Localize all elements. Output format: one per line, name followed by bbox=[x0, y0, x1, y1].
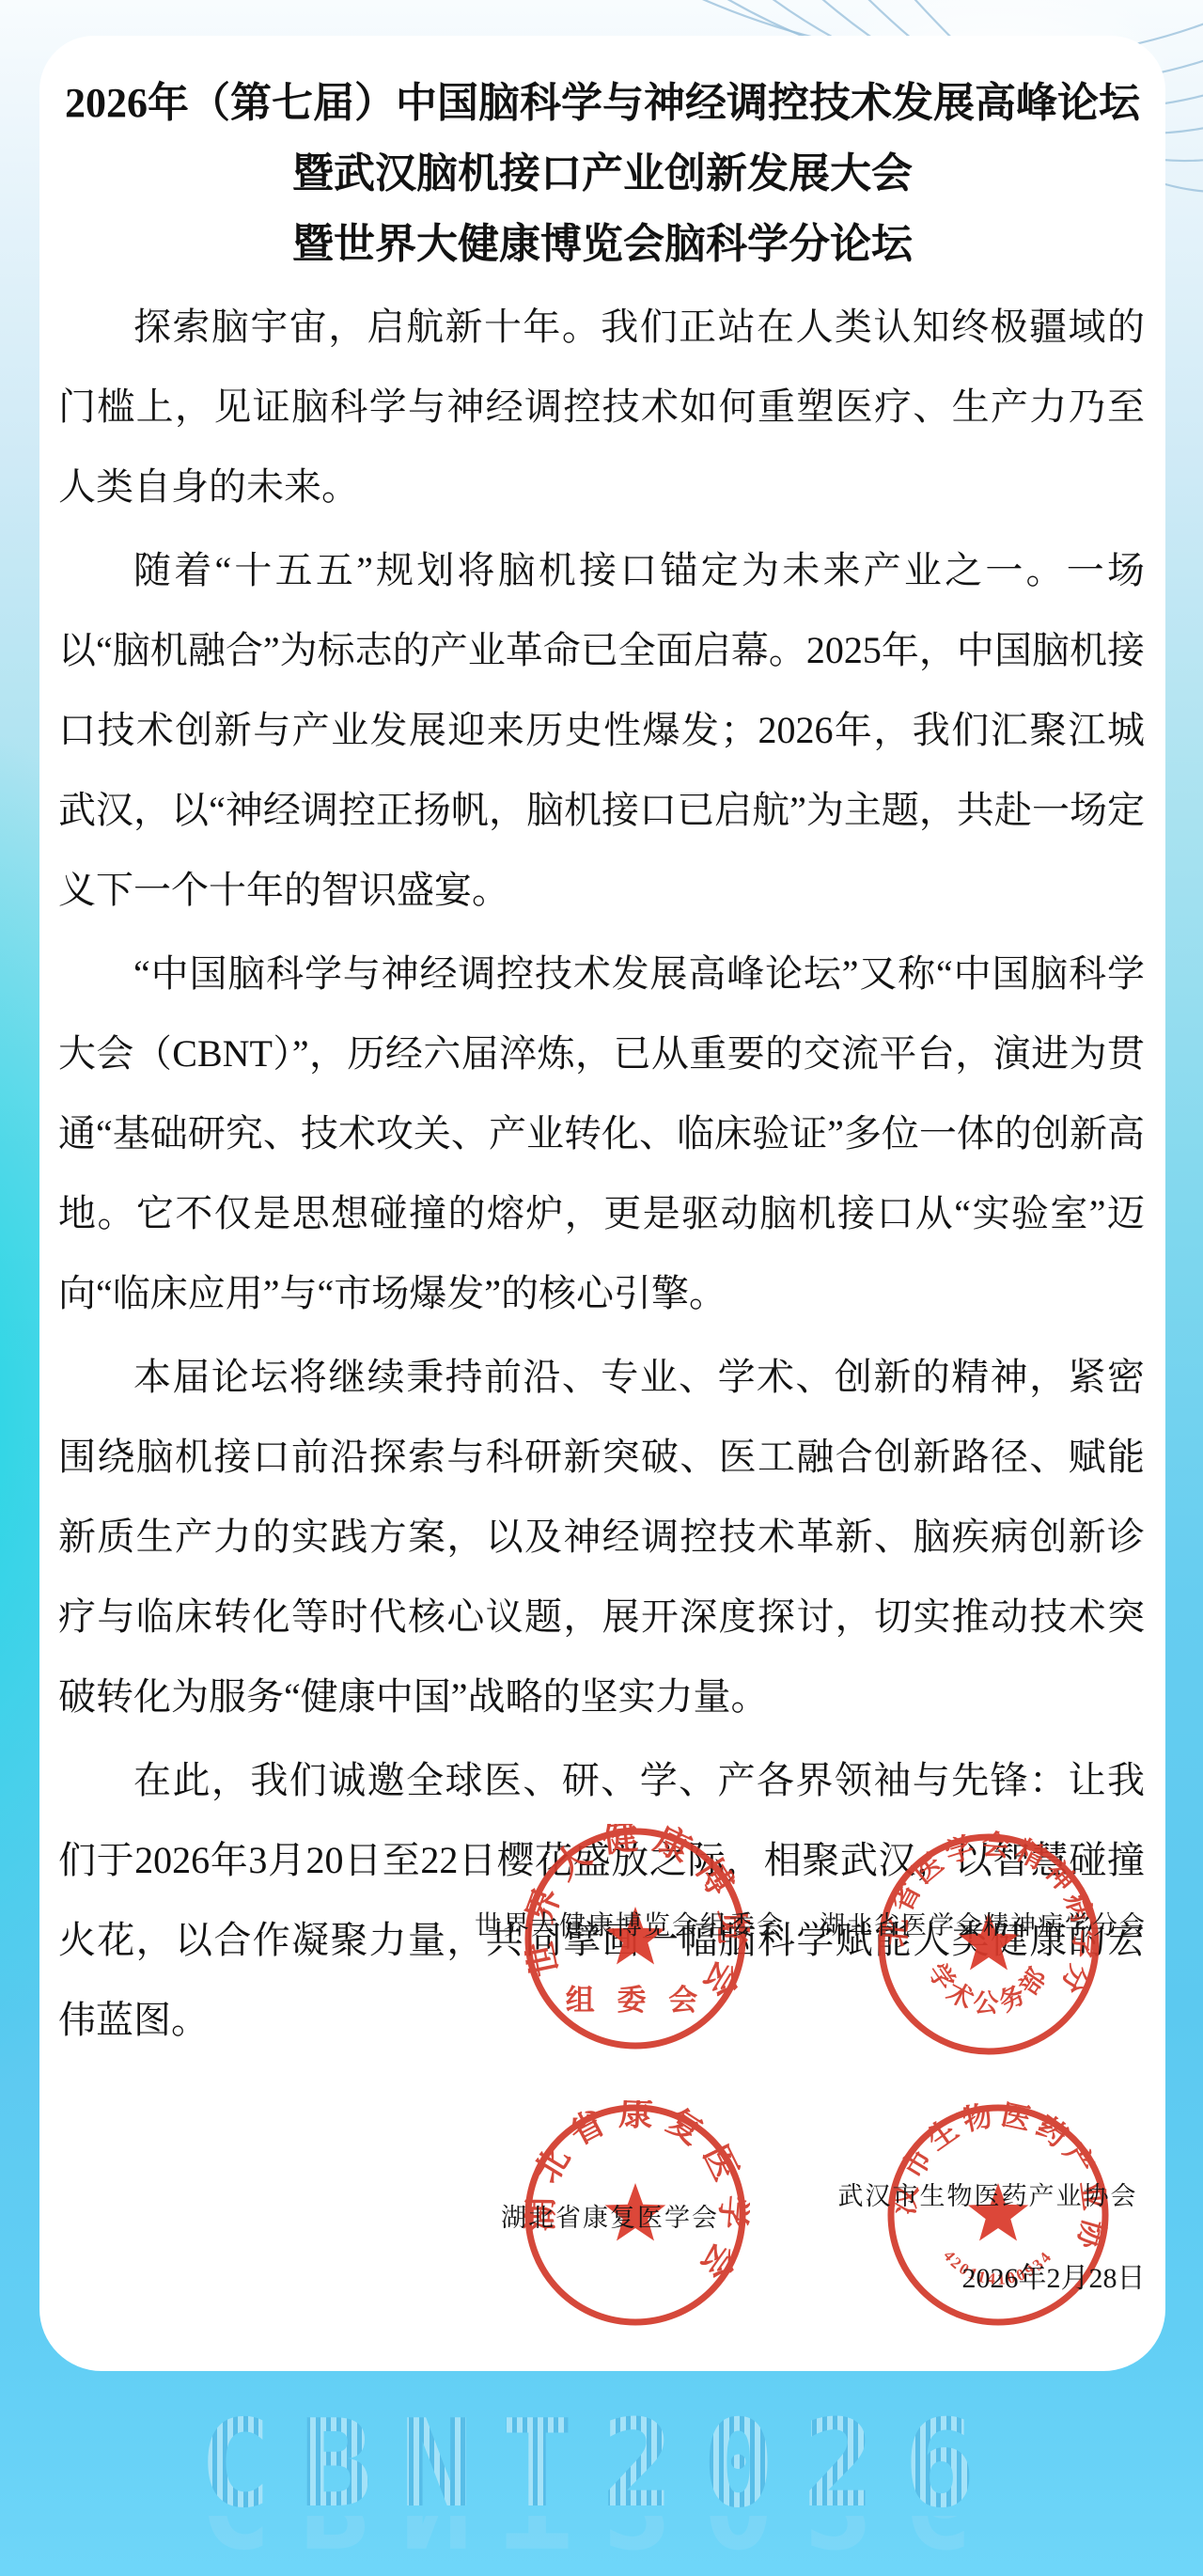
paragraph-1: 探索脑宇宙，启航新十年。我们正站在人类认知终极疆域的门槛上，见证脑科学与神经调控… bbox=[58, 287, 1145, 526]
document-body: 探索脑宇宙，启航新十年。我们正站在人类认知终极疆域的门槛上，见证脑科学与神经调控… bbox=[58, 287, 1145, 2060]
cbnt2026-watermark: CBNT2026 bbox=[0, 2409, 1203, 2521]
seal-label-biomedicine-association: 武汉市生物医药产业协会 bbox=[781, 2175, 1195, 2212]
title-line-2: 暨武汉脑机接口产业创新发展大会 bbox=[53, 138, 1152, 209]
svg-text:学术公务部: 学术公务部 bbox=[923, 1958, 1055, 2018]
cbnt2026-watermark-reflection: CBNT2026 bbox=[0, 2516, 1203, 2557]
seal-inner-text: 组 委 会 bbox=[566, 1984, 706, 2017]
title-line-1: 2026年（第七届）中国脑科学与神经调控技术发展高峰论坛 bbox=[53, 68, 1152, 138]
paragraph-3: “中国脑科学与神经调控技术发展高峰论坛”又称“中国脑科学大会（CBNT）”，历经… bbox=[58, 934, 1145, 1333]
document-title: 2026年（第七届）中国脑科学与神经调控技术发展高峰论坛 暨武汉脑机接口产业创新… bbox=[53, 68, 1152, 279]
document-card: 2026年（第七届）中国脑科学与神经调控技术发展高峰论坛 暨武汉脑机接口产业创新… bbox=[39, 36, 1165, 2371]
seal-label-rehabilitation-society: 湖北省康复医学会 bbox=[403, 2197, 817, 2234]
title-line-3: 暨世界大健康博览会脑科学分论坛 bbox=[53, 209, 1152, 279]
paragraph-2: 随着“十五五”规划将脑机接口锚定为未来产业之一。一场以“脑机融合”为标志的产业革… bbox=[58, 530, 1145, 930]
seal-inner-text: 学术公务部 bbox=[923, 1958, 1055, 2018]
seal-label-psychiatry-society: 湖北省医学会精神病学分会 bbox=[776, 1905, 1190, 1941]
document-date: 2026年2月28日 bbox=[903, 2254, 1203, 2296]
seal-label-expo-committee: 世界大健康博览会组委会 bbox=[423, 1905, 836, 1942]
paragraph-4: 本届论坛将继续秉持前沿、专业、学术、创新的精神，紧密围绕脑机接口前沿探索与科研新… bbox=[58, 1337, 1145, 1736]
seal-psychiatry-society: 湖北省医学会精神病学分会 学术公务部 bbox=[874, 1830, 1103, 2059]
